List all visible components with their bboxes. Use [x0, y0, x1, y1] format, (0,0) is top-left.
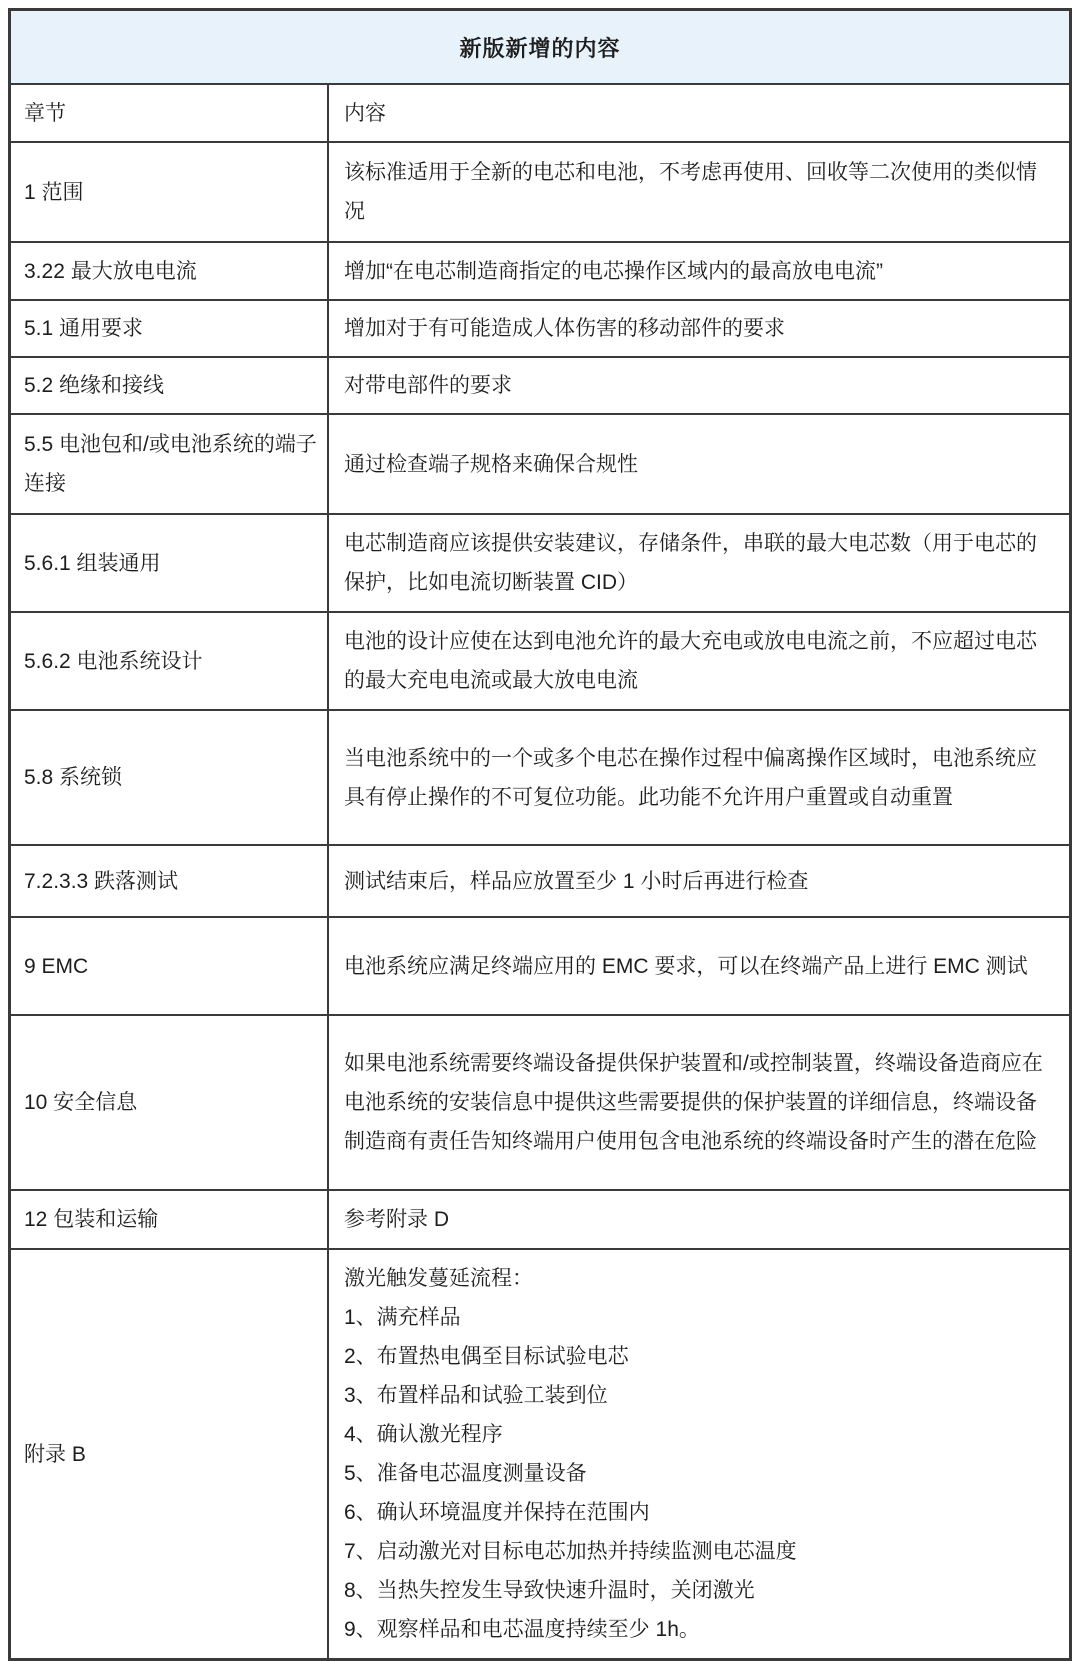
content-cell: 该标准适用于全新的电芯和电池，不考虑再使用、回收等二次使用的类似情况: [329, 143, 1069, 241]
content-cell: 参考附录 D: [329, 1191, 1069, 1248]
chapter-cell: 7.2.3.3 跌落测试: [11, 846, 329, 916]
chapter-cell: 10 安全信息: [11, 1016, 329, 1189]
table-row: 5.5 电池包和/或电池系统的端子连接 通过检查端子规格来确保合规性: [11, 415, 1069, 515]
table-row: 5.8 系统锁 当电池系统中的一个或多个电芯在操作过程中偏离操作区域时，电池系统…: [11, 711, 1069, 846]
content-cell: 如果电池系统需要终端设备提供保护装置和/或控制装置，终端设备造商应在电池系统的安…: [329, 1016, 1069, 1189]
table-row: 1 范围 该标准适用于全新的电芯和电池，不考虑再使用、回收等二次使用的类似情况: [11, 143, 1069, 243]
table-title: 新版新增的内容: [11, 11, 1069, 85]
table-row: 9 EMC 电池系统应满足终端应用的 EMC 要求，可以在终端产品上进行 EMC…: [11, 918, 1069, 1016]
content-cell: 增加“在电芯制造商指定的电芯操作区域内的最高放电电流”: [329, 243, 1069, 299]
chapter-cell: 9 EMC: [11, 918, 329, 1014]
new-content-table: 新版新增的内容 章节 内容 1 范围 该标准适用于全新的电芯和电池，不考虑再使用…: [8, 8, 1072, 1661]
chapter-cell: 5.8 系统锁: [11, 711, 329, 844]
chapter-cell: 1 范围: [11, 143, 329, 241]
content-cell: 测试结束后，样品应放置至少 1 小时后再进行检查: [329, 846, 1069, 916]
table-row: 12 包装和运输 参考附录 D: [11, 1191, 1069, 1250]
chapter-cell: 附录 B: [11, 1250, 329, 1658]
chapter-cell: 5.6.2 电池系统设计: [11, 613, 329, 709]
column-header-chapter: 章节: [11, 85, 329, 141]
content-cell: 通过检查端子规格来确保合规性: [329, 415, 1069, 513]
content-cell: 激光触发蔓延流程： 1、满充样品 2、布置热电偶至目标试验电芯 3、布置样品和试…: [329, 1250, 1069, 1658]
chapter-cell: 5.2 绝缘和接线: [11, 358, 329, 413]
table-row: 3.22 最大放电电流 增加“在电芯制造商指定的电芯操作区域内的最高放电电流”: [11, 243, 1069, 301]
column-header-content: 内容: [329, 85, 1069, 141]
table-header-row: 章节 内容: [11, 85, 1069, 143]
table-row: 5.6.1 组装通用 电芯制造商应该提供安装建议，存储条件，串联的最大电芯数（用…: [11, 515, 1069, 613]
content-cell: 电芯制造商应该提供安装建议，存储条件，串联的最大电芯数（用于电芯的保护，比如电流…: [329, 515, 1069, 611]
table-row: 5.2 绝缘和接线 对带电部件的要求: [11, 358, 1069, 415]
chapter-cell: 12 包装和运输: [11, 1191, 329, 1248]
page: 新版新增的内容 章节 内容 1 范围 该标准适用于全新的电芯和电池，不考虑再使用…: [0, 0, 1080, 1661]
chapter-cell: 5.6.1 组装通用: [11, 515, 329, 611]
table-row: 5.1 通用要求 增加对于有可能造成人体伤害的移动部件的要求: [11, 301, 1069, 358]
content-cell: 对带电部件的要求: [329, 358, 1069, 413]
content-cell: 电池系统应满足终端应用的 EMC 要求，可以在终端产品上进行 EMC 测试: [329, 918, 1069, 1014]
content-cell: 增加对于有可能造成人体伤害的移动部件的要求: [329, 301, 1069, 356]
table-row: 附录 B 激光触发蔓延流程： 1、满充样品 2、布置热电偶至目标试验电芯 3、布…: [11, 1250, 1069, 1658]
table-row: 7.2.3.3 跌落测试 测试结束后，样品应放置至少 1 小时后再进行检查: [11, 846, 1069, 918]
chapter-cell: 5.1 通用要求: [11, 301, 329, 356]
table-row: 5.6.2 电池系统设计 电池的设计应使在达到电池允许的最大充电或放电电流之前，…: [11, 613, 1069, 711]
content-cell: 电池的设计应使在达到电池允许的最大充电或放电电流之前，不应超过电芯的最大充电电流…: [329, 613, 1069, 709]
chapter-cell: 3.22 最大放电电流: [11, 243, 329, 299]
chapter-cell: 5.5 电池包和/或电池系统的端子连接: [11, 415, 329, 513]
content-cell: 当电池系统中的一个或多个电芯在操作过程中偏离操作区域时，电池系统应具有停止操作的…: [329, 711, 1069, 844]
table-row: 10 安全信息 如果电池系统需要终端设备提供保护装置和/或控制装置，终端设备造商…: [11, 1016, 1069, 1191]
